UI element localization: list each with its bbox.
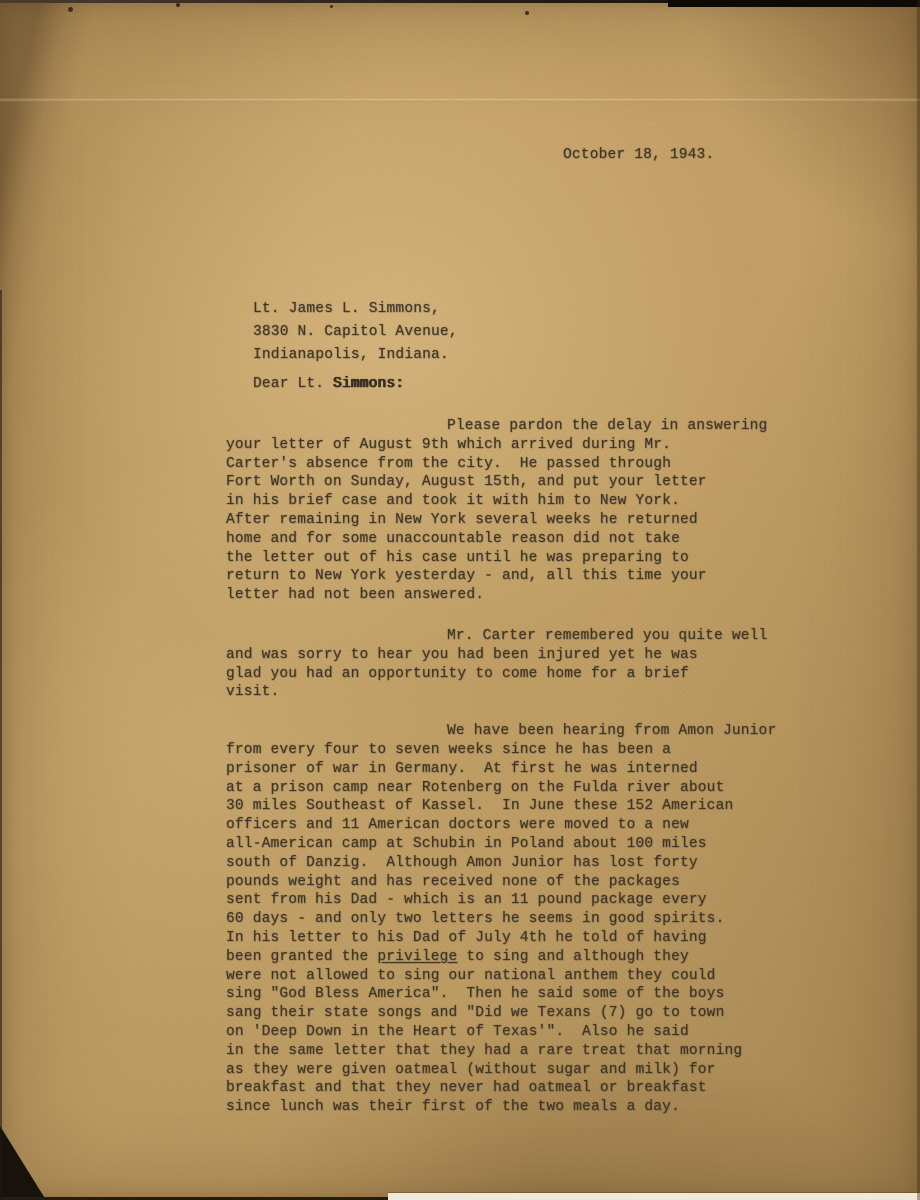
paper-crease-top-left bbox=[0, 0, 142, 423]
scan-artifact-bottom-left-corner bbox=[0, 1126, 46, 1200]
pin-hole bbox=[330, 5, 333, 8]
salutation-prefix: Dear Lt. bbox=[253, 376, 333, 392]
recipient-street: 3830 N. Capitol Avenue, bbox=[253, 321, 458, 344]
paragraph-1: Please pardon the delay in answering you… bbox=[226, 417, 786, 605]
salutation-name: Simmons: bbox=[333, 376, 404, 392]
salutation: Dear Lt. Simmons: bbox=[253, 375, 404, 394]
scan-artifact-left-edge bbox=[0, 290, 2, 1200]
pin-hole bbox=[176, 3, 180, 7]
paragraph-2: Mr. Carter remembered you quite well and… bbox=[226, 627, 786, 702]
pin-hole bbox=[68, 7, 73, 12]
pin-hole bbox=[525, 11, 529, 15]
scanned-letter-page: October 18, 1943. Lt. James L. Simmons, … bbox=[0, 0, 920, 1200]
paragraph-3-text-after: to sing and although they were not allow… bbox=[226, 949, 742, 1115]
scan-artifact-bottom-white-strip bbox=[388, 1193, 920, 1200]
scan-artifact-top-edge bbox=[0, 0, 920, 3]
paragraph-3: We have been hearing from Amon Junior fr… bbox=[226, 722, 786, 1117]
letter-date: October 18, 1943. bbox=[563, 146, 714, 165]
scan-artifact-top-edge-right bbox=[668, 0, 920, 7]
letter-body: Please pardon the delay in answering you… bbox=[226, 417, 786, 1117]
recipient-city: Indianapolis, Indiana. bbox=[253, 344, 458, 367]
recipient-address: Lt. James L. Simmons, 3830 N. Capitol Av… bbox=[253, 298, 458, 367]
recipient-name: Lt. James L. Simmons, bbox=[253, 298, 458, 321]
underlined-word-privilege: privilege bbox=[377, 949, 457, 965]
paragraph-3-text-before: We have been hearing from Amon Junior fr… bbox=[226, 723, 776, 965]
paper-fold-line bbox=[0, 98, 920, 102]
